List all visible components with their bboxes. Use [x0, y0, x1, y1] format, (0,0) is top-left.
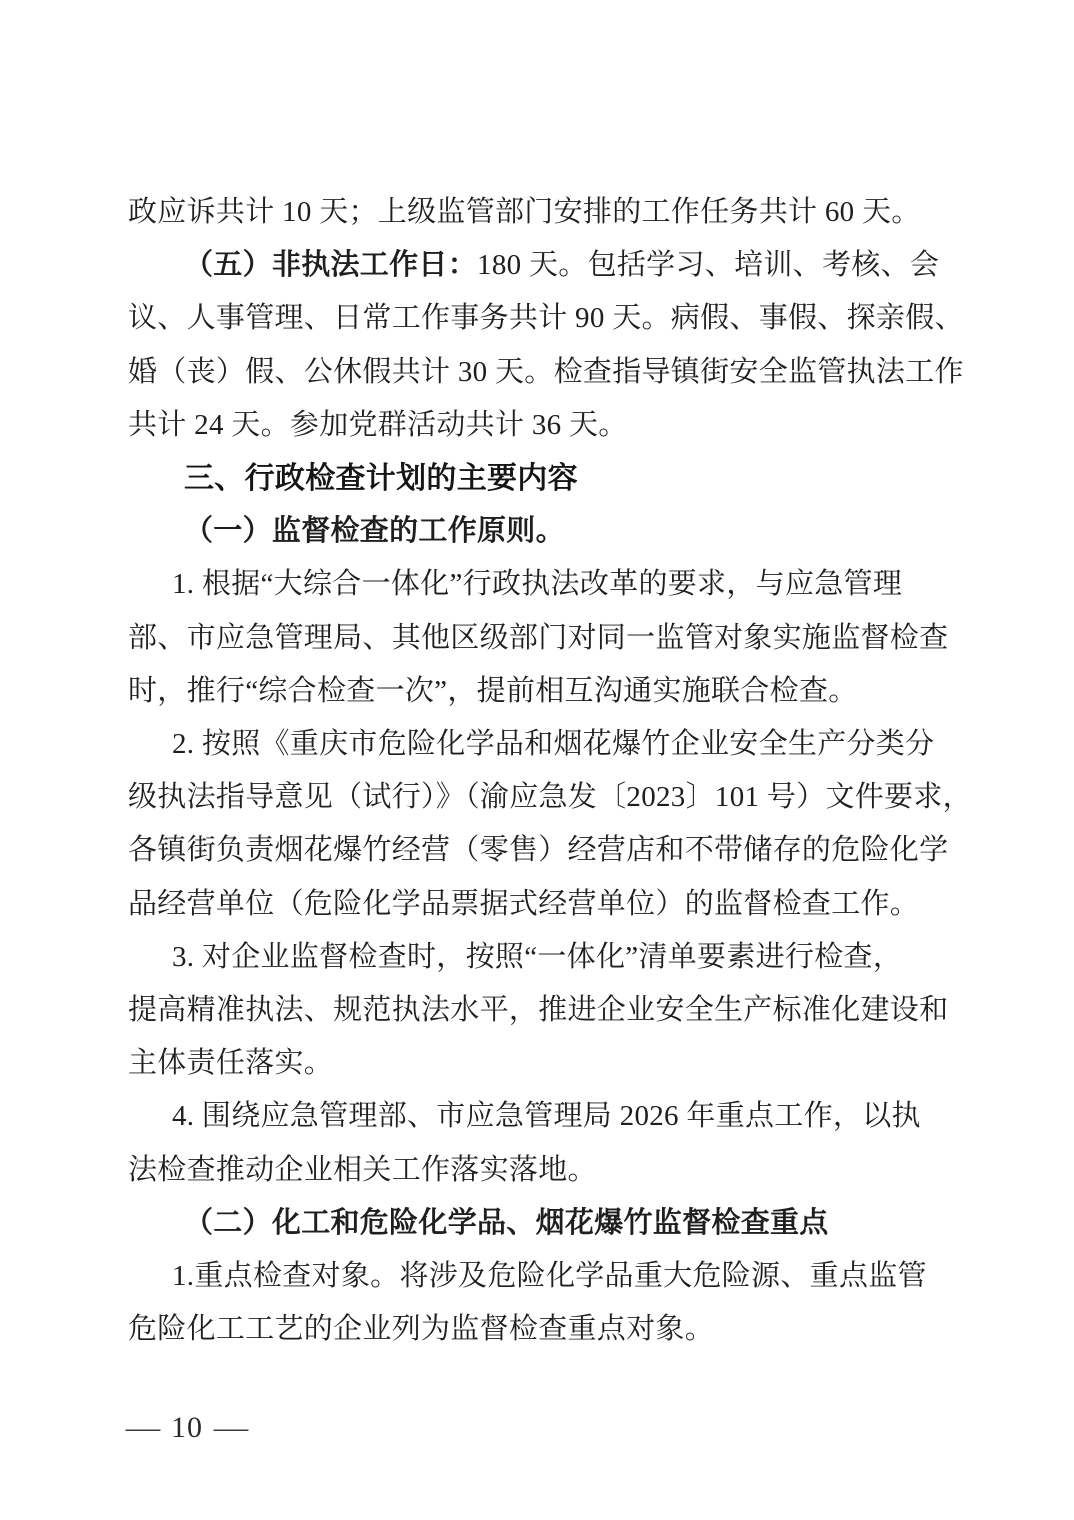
page-number-dash-left: — — [126, 1408, 161, 1448]
page-number-value: 10 — [171, 1408, 203, 1448]
paragraph-line: 主体责任落实。 — [128, 1037, 958, 1090]
document-page: 政应诉共计 10 天；上级监管部门安排的工作任务共计 60 天。 （五）非执法工… — [0, 0, 1074, 1520]
subsection-heading-2: （二）化工和危险化学品、烟花爆竹监督检查重点 — [128, 1197, 958, 1250]
paragraph-line: 危险化工工艺的企业列为监督检查重点对象。 — [128, 1303, 958, 1356]
subsection-heading-1: （一）监督检查的工作原则。 — [128, 505, 958, 558]
numbered-paragraph-3-line: 3. 对企业监督检查时，按照“一体化”清单要素进行检查， — [128, 931, 958, 984]
paragraph-item-5-line: （五）非执法工作日：180 天。包括学习、培训、考核、会 — [128, 239, 958, 292]
paragraph-line: 级执法指导意见（试行）》（渝应急发〔2023〕101 号）文件要求， — [128, 771, 958, 824]
paragraph-line: 议、人事管理、日常工作事务共计 90 天。病假、事假、探亲假、 — [128, 292, 958, 345]
paragraph-line: 部、市应急管理局、其他区级部门对同一监管对象实施监督检查 — [128, 612, 958, 665]
numbered-paragraph-4-line: 4. 围绕应急管理部、市应急管理局 2026 年重点工作，以执 — [128, 1090, 958, 1143]
paragraph-text: 180 天。包括学习、培训、考核、会 — [477, 249, 939, 281]
paragraph-line: 各镇街负责烟花爆竹经营（零售）经营店和不带储存的危险化学 — [128, 824, 958, 877]
paragraph-line: 法检查推动企业相关工作落实落地。 — [128, 1144, 958, 1197]
paragraph-line: 婚（丧）假、公休假共计 30 天。检查指导镇街安全监管执法工作 — [128, 346, 958, 399]
page-number-dash-right: — — [214, 1408, 249, 1448]
paragraph-continuation-line: 政应诉共计 10 天；上级监管部门安排的工作任务共计 60 天。 — [128, 186, 958, 239]
run-in-label-item-5: （五）非执法工作日： — [184, 249, 477, 281]
numbered-paragraph-2-line: 2. 按照《重庆市危险化学品和烟花爆竹企业安全生产分类分 — [128, 718, 958, 771]
page-number: — 10 — — [128, 1408, 246, 1448]
paragraph-line: 提高精准执法、规范执法水平，推进企业安全生产标准化建设和 — [128, 984, 958, 1037]
section-heading-3: 三、行政检查计划的主要内容 — [128, 452, 958, 505]
numbered-paragraph-1-line: 1. 根据“大综合一体化”行政执法改革的要求，与应急管理 — [128, 558, 958, 611]
document-body: 政应诉共计 10 天；上级监管部门安排的工作任务共计 60 天。 （五）非执法工… — [128, 186, 958, 1356]
paragraph-line: 品经营单位（危险化学品票据式经营单位）的监督检查工作。 — [128, 878, 958, 931]
paragraph-line: 时，推行“综合检查一次”，提前相互沟通实施联合检查。 — [128, 665, 958, 718]
paragraph-line: 共计 24 天。参加党群活动共计 36 天。 — [128, 399, 958, 452]
numbered-paragraph-line: 1.重点检查对象。将涉及危险化学品重大危险源、重点监管 — [128, 1250, 958, 1303]
